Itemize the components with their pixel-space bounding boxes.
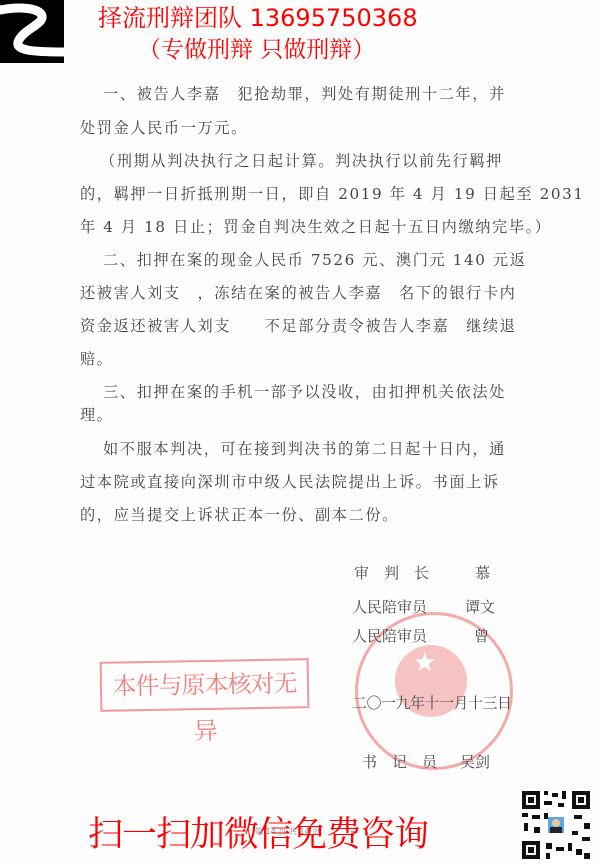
star-icon: ★ bbox=[413, 648, 436, 678]
body-line: 一、被告人李嘉 犯抢劫罪，判处有期徒刑十二年，并 bbox=[103, 84, 506, 104]
header-subtitle: （专做刑辩 只做刑辩） bbox=[138, 36, 375, 64]
body-line: 年 4 月 18 日止；罚金自判决生效之日起十五日内缴纳完毕。） bbox=[80, 217, 552, 237]
header-title: 择流刑辩团队 13695750368 bbox=[98, 4, 418, 32]
juror1-name: 谭文 bbox=[465, 597, 495, 617]
body-line: 的，羁押一日折抵刑期一日，即自 2019 年 4 月 19 日起至 2031 bbox=[80, 184, 585, 204]
juror1-label: 人民陪审员 bbox=[352, 597, 427, 617]
juror2-label: 人民陪审员 bbox=[352, 626, 427, 646]
copy-verification-stamp: 本件与原本核对无异 bbox=[100, 658, 310, 712]
body-line: 资金返还被害人刘支 不足部分责令被告人李嘉 继续退 bbox=[80, 316, 516, 336]
juror2-name: 曾 bbox=[474, 626, 489, 646]
body-line: 赔。 bbox=[80, 349, 114, 369]
body-line: 过本院或直接向深圳市中级人民法院提出上诉。书面上诉 bbox=[80, 472, 500, 492]
clerk-label: 书 记 员 bbox=[362, 752, 437, 772]
judgment-date: 二〇一九年十一月十三日 bbox=[352, 693, 512, 713]
body-line: 如不服本判决，可在接到判决书的第二日起十日内，通 bbox=[103, 439, 506, 459]
presiding-judge-label: 审 判 长 bbox=[354, 563, 429, 583]
body-line: 二、扣押在案的现金人民币 7526 元、澳门元 140 元返 bbox=[103, 250, 527, 270]
presiding-judge-name: 慕 bbox=[475, 563, 490, 583]
clerk-name: 吴剑 bbox=[460, 752, 490, 772]
body-line: 还被害人刘支 ，冻结在案的被告人李嘉 名下的银行卡内 bbox=[80, 283, 516, 303]
body-line: 三、扣押在案的手机一部予以没收，由扣押机关依法处 bbox=[103, 382, 506, 402]
body-line: （刑期从判决执行之日起计算。判决执行以前先行羁押 bbox=[100, 151, 503, 171]
logo-icon bbox=[0, 0, 64, 63]
body-line: 的，应当提交上诉状正本一份、副本二份。 bbox=[80, 505, 399, 525]
qr-code-icon[interactable] bbox=[518, 787, 594, 863]
body-line: 理。 bbox=[80, 405, 114, 425]
page-number: 第 14 页 共 14 页 bbox=[255, 826, 320, 837]
body-line: 处罚金人民币一万元。 bbox=[80, 118, 248, 138]
